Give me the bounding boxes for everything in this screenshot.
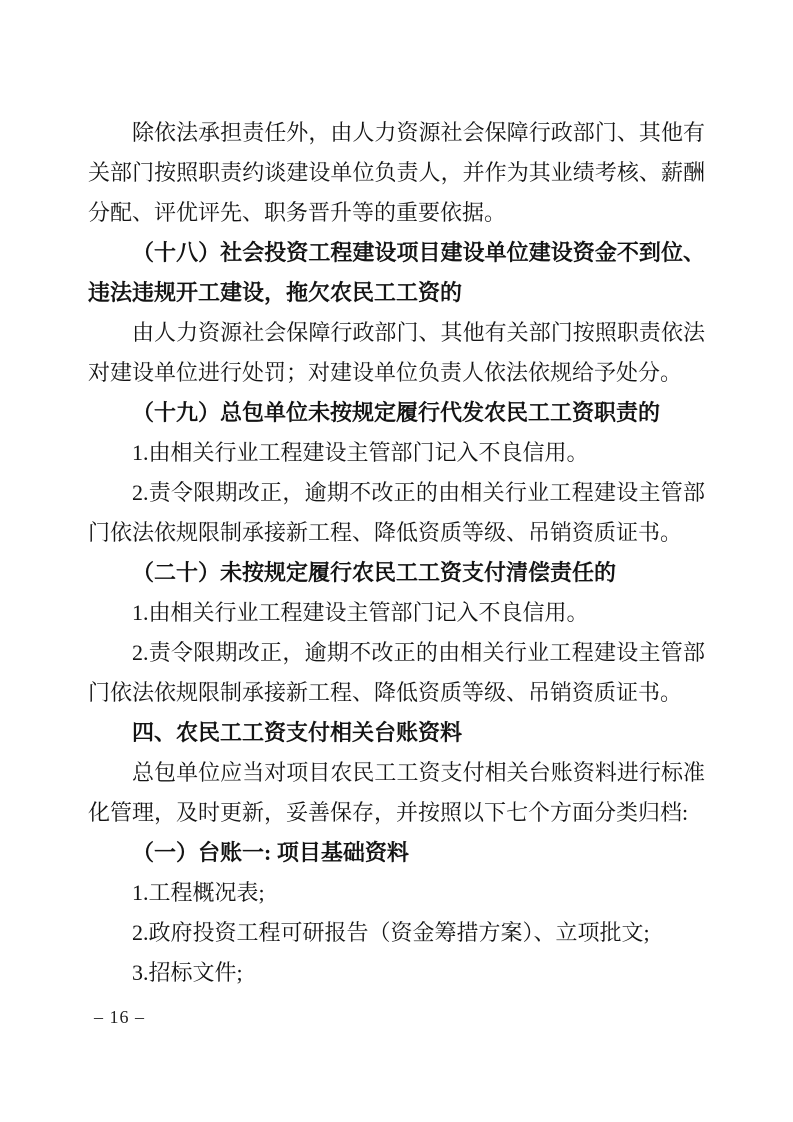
heading-item-18: （十八）社会投资工程建设项目建设单位建设资金不到位、违法违规开工建设，拖欠农民工…	[88, 233, 705, 313]
list-item-19-2: 2.责令限期改正，逾期不改正的由相关行业工程建设主管部门依法依规限制承接新工程、…	[88, 473, 705, 553]
list-item-19-1: 1.由相关行业工程建设主管部门记入不良信用。	[88, 433, 705, 473]
heading-item-20: （二十）未按规定履行农民工工资支付清偿责任的	[88, 553, 705, 593]
list-item-20-1: 1.由相关行业工程建设主管部门记入不良信用。	[88, 593, 705, 633]
document-page: 除依法承担责任外，由人力资源社会保障行政部门、其他有关部门按照职责约谈建设单位负…	[0, 0, 793, 1122]
ledger-item-2: 2.政府投资工程可研报告（资金筹措方案）、立项批文;	[88, 913, 705, 953]
paragraph-item-18: 由人力资源社会保障行政部门、其他有关部门按照职责依法对建设单位进行处罚；对建设单…	[88, 313, 705, 393]
ledger-item-3: 3.招标文件;	[88, 953, 705, 993]
list-item-20-2: 2.责令限期改正，逾期不改正的由相关行业工程建设主管部门依法依规限制承接新工程、…	[88, 633, 705, 713]
paragraph-section-4-intro: 总包单位应当对项目农民工工资支付相关台账资料进行标准化管理，及时更新，妥善保存，…	[88, 753, 705, 833]
paragraph-liability-intro: 除依法承担责任外，由人力资源社会保障行政部门、其他有关部门按照职责约谈建设单位负…	[88, 113, 705, 233]
document-body: 除依法承担责任外，由人力资源社会保障行政部门、其他有关部门按照职责约谈建设单位负…	[88, 113, 705, 993]
heading-item-19: （十九）总包单位未按规定履行代发农民工工资职责的	[88, 393, 705, 433]
ledger-item-1: 1.工程概况表;	[88, 873, 705, 913]
heading-ledger-1: （一）台账一: 项目基础资料	[88, 833, 705, 873]
heading-section-4: 四、农民工工资支付相关台账资料	[88, 713, 705, 753]
page-number: – 16 –	[94, 1005, 145, 1029]
